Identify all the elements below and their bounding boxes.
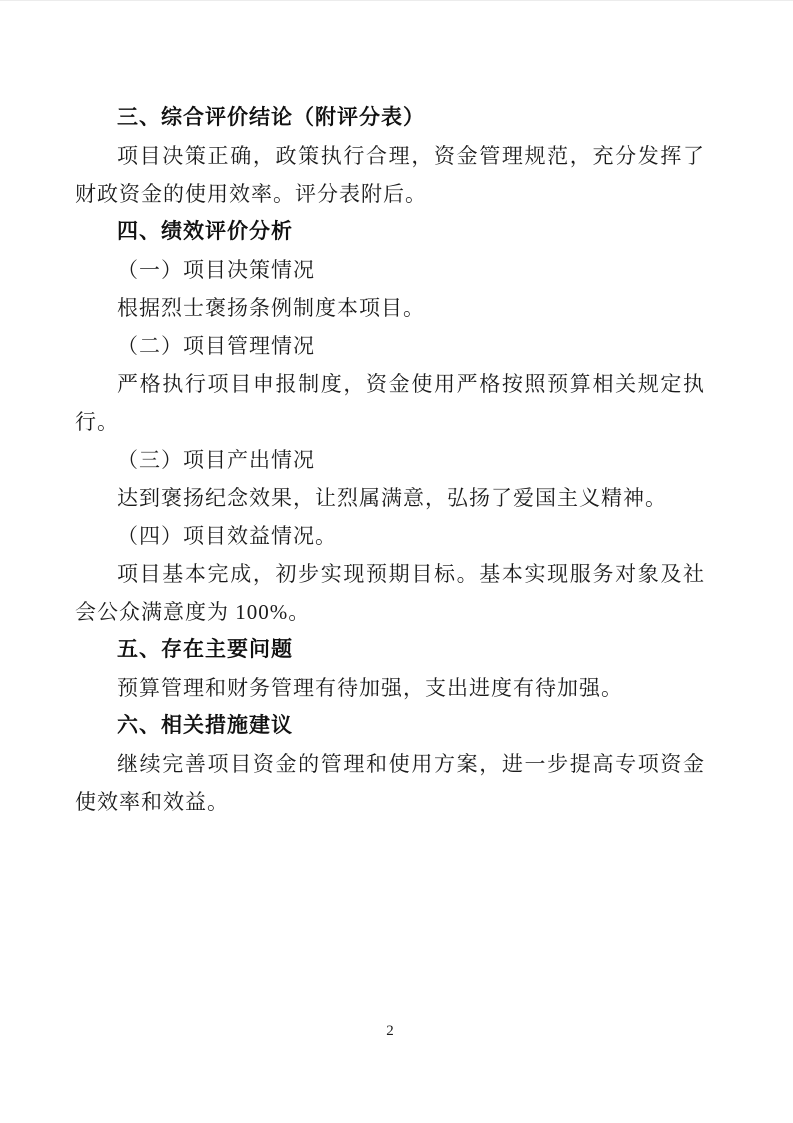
body-paragraph: 预算管理和财务管理有待加强，支出进度有待加强。 <box>75 669 705 707</box>
body-paragraph: 达到褒扬纪念效果，让烈属满意，弘扬了爱国主义精神。 <box>75 479 705 517</box>
sub-section-heading: （四）项目效益情况。 <box>75 517 705 555</box>
page-number: 2 <box>75 1021 705 1041</box>
section-heading: 五、存在主要问题 <box>75 631 705 669</box>
sub-section-heading: （一）项目决策情况 <box>75 251 705 289</box>
body-paragraph: 继续完善项目资金的管理和使用方案，进一步提高专项资金使效率和效益。 <box>75 745 705 821</box>
document-page: 三、综合评价结论（附评分表）项目决策正确，政策执行合理，资金管理规范，充分发挥了… <box>0 0 793 1123</box>
document-body: 三、综合评价结论（附评分表）项目决策正确，政策执行合理，资金管理规范，充分发挥了… <box>75 99 705 821</box>
body-paragraph: 根据烈士褒扬条例制度本项目。 <box>75 289 705 327</box>
body-paragraph: 项目基本完成，初步实现预期目标。基本实现服务对象及社会公众满意度为 100%。 <box>75 555 705 631</box>
section-heading: 三、综合评价结论（附评分表） <box>75 99 705 137</box>
section-heading: 四、绩效评价分析 <box>75 213 705 251</box>
section-heading: 六、相关措施建议 <box>75 707 705 745</box>
sub-section-heading: （三）项目产出情况 <box>75 441 705 479</box>
body-paragraph: 严格执行项目申报制度，资金使用严格按照预算相关规定执行。 <box>75 365 705 441</box>
body-paragraph: 项目决策正确，政策执行合理，资金管理规范，充分发挥了财政资金的使用效率。评分表附… <box>75 137 705 213</box>
sub-section-heading: （二）项目管理情况 <box>75 327 705 365</box>
